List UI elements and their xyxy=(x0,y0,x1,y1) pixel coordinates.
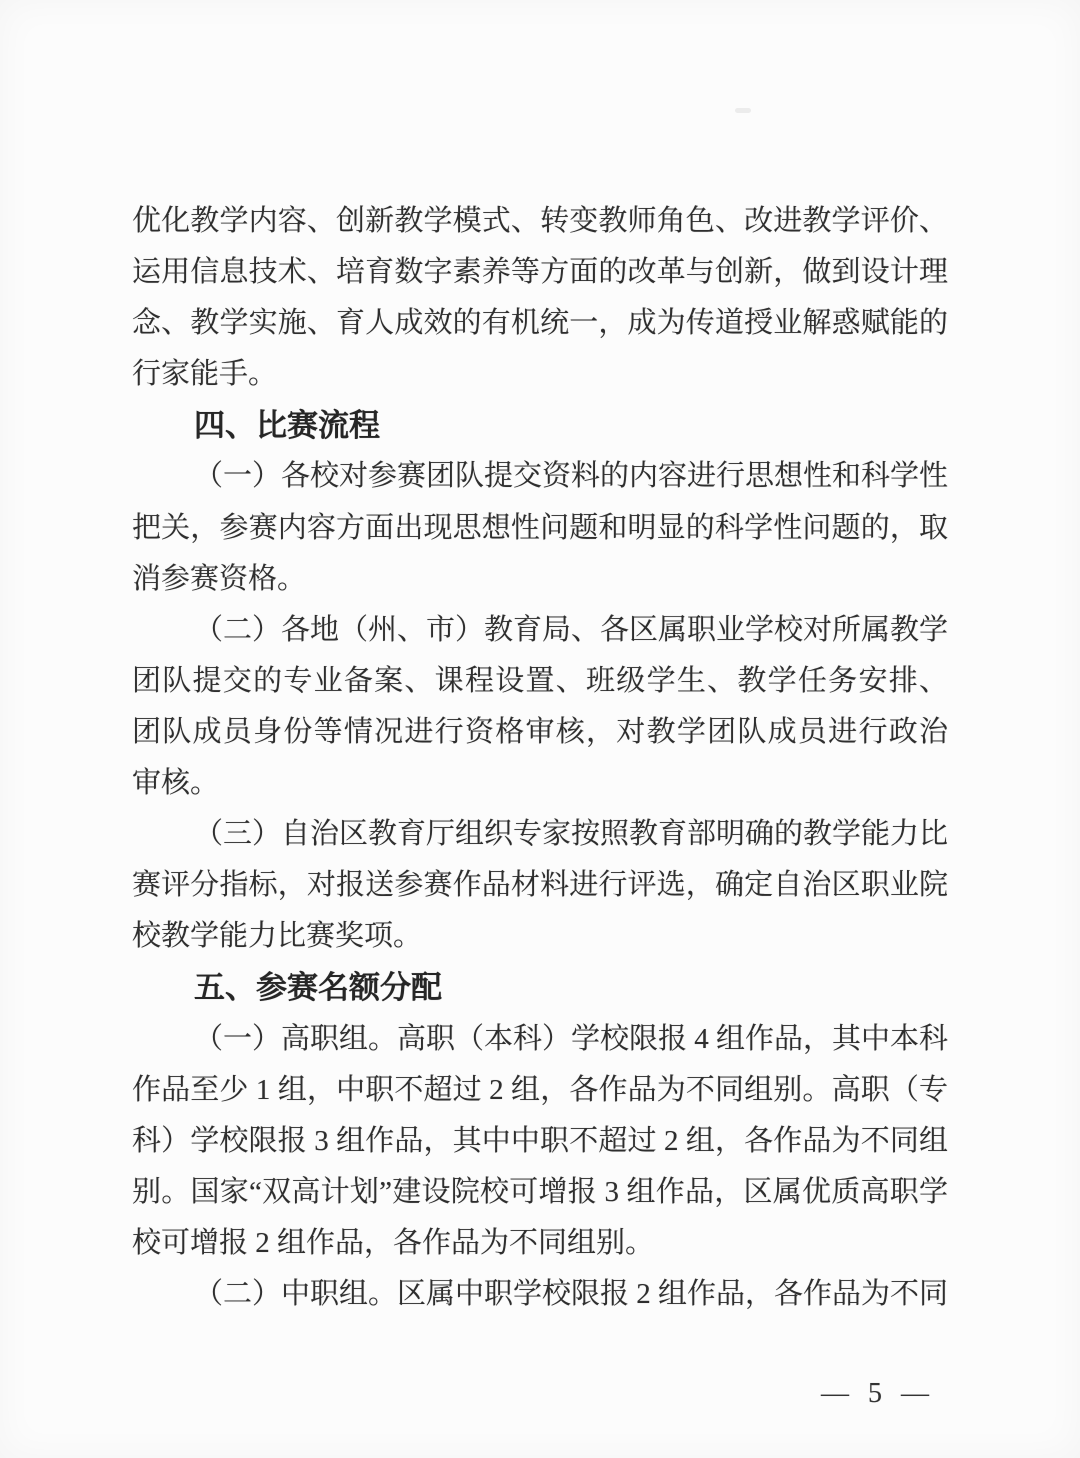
text-line: （一）高职组。高职（本科）学校限报 4 组作品，其中本科 xyxy=(132,1014,948,1065)
text-line: （二）中职组。区属中职学校限报 2 组作品，各作品为不同 xyxy=(132,1269,948,1320)
text-line: 赛评分指标，对报送参赛作品材料进行评选，确定自治区职业院 xyxy=(132,860,948,911)
text-line: 消参赛资格。 xyxy=(132,554,948,605)
text-line: 别。国家“双高计划”建设院校可增报 3 组作品，区属优质高职学 xyxy=(132,1167,948,1218)
text-line: 运用信息技术、培育数字素养等方面的改革与创新，做到设计理 xyxy=(132,247,948,298)
text-line: （二）各地（州、市）教育局、各区属职业学校对所属教学 xyxy=(132,605,948,656)
text-line: 优化教学内容、创新教学模式、转变教师角色、改进教学评价、 xyxy=(132,196,948,247)
text-line: 科）学校限报 3 组作品，其中中职不超过 2 组，各作品为不同组 xyxy=(132,1116,948,1167)
text-line: （三）自治区教育厅组织专家按照教育部明确的教学能力比 xyxy=(132,809,948,860)
text-line: 作品至少 1 组，中职不超过 2 组，各作品为不同组别。高职（专 xyxy=(132,1065,948,1116)
text-line: 审核。 xyxy=(132,758,948,809)
section-heading: 五、参赛名额分配 xyxy=(132,962,948,1013)
text-line: 团队提交的专业备案、课程设置、班级学生、教学任务安排、 xyxy=(132,656,948,707)
scanned-document-page: 优化教学内容、创新教学模式、转变教师角色、改进教学评价、 运用信息技术、培育数字… xyxy=(0,0,1080,1458)
section-heading: 四、比赛流程 xyxy=(132,400,948,451)
text-line: （一）各校对参赛团队提交资料的内容进行思想性和科学性 xyxy=(132,451,948,502)
text-line: 校可增报 2 组作品，各作品为不同组别。 xyxy=(132,1218,948,1269)
text-line: 校教学能力比赛奖项。 xyxy=(132,911,948,962)
text-line: 念、教学实施、育人成效的有机统一，成为传道授业解惑赋能的 xyxy=(132,298,948,349)
text-line: 行家能手。 xyxy=(132,349,948,400)
text-line: 团队成员身份等情况进行资格审核，对教学团队成员进行政治 xyxy=(132,707,948,758)
text-line: 把关，参赛内容方面出现思想性问题和明显的科学性问题的，取 xyxy=(132,503,948,554)
document-body: 优化教学内容、创新教学模式、转变教师角色、改进教学评价、 运用信息技术、培育数字… xyxy=(132,196,948,1320)
page-number: — 5 — xyxy=(821,1378,935,1410)
scan-artifact xyxy=(735,108,751,113)
